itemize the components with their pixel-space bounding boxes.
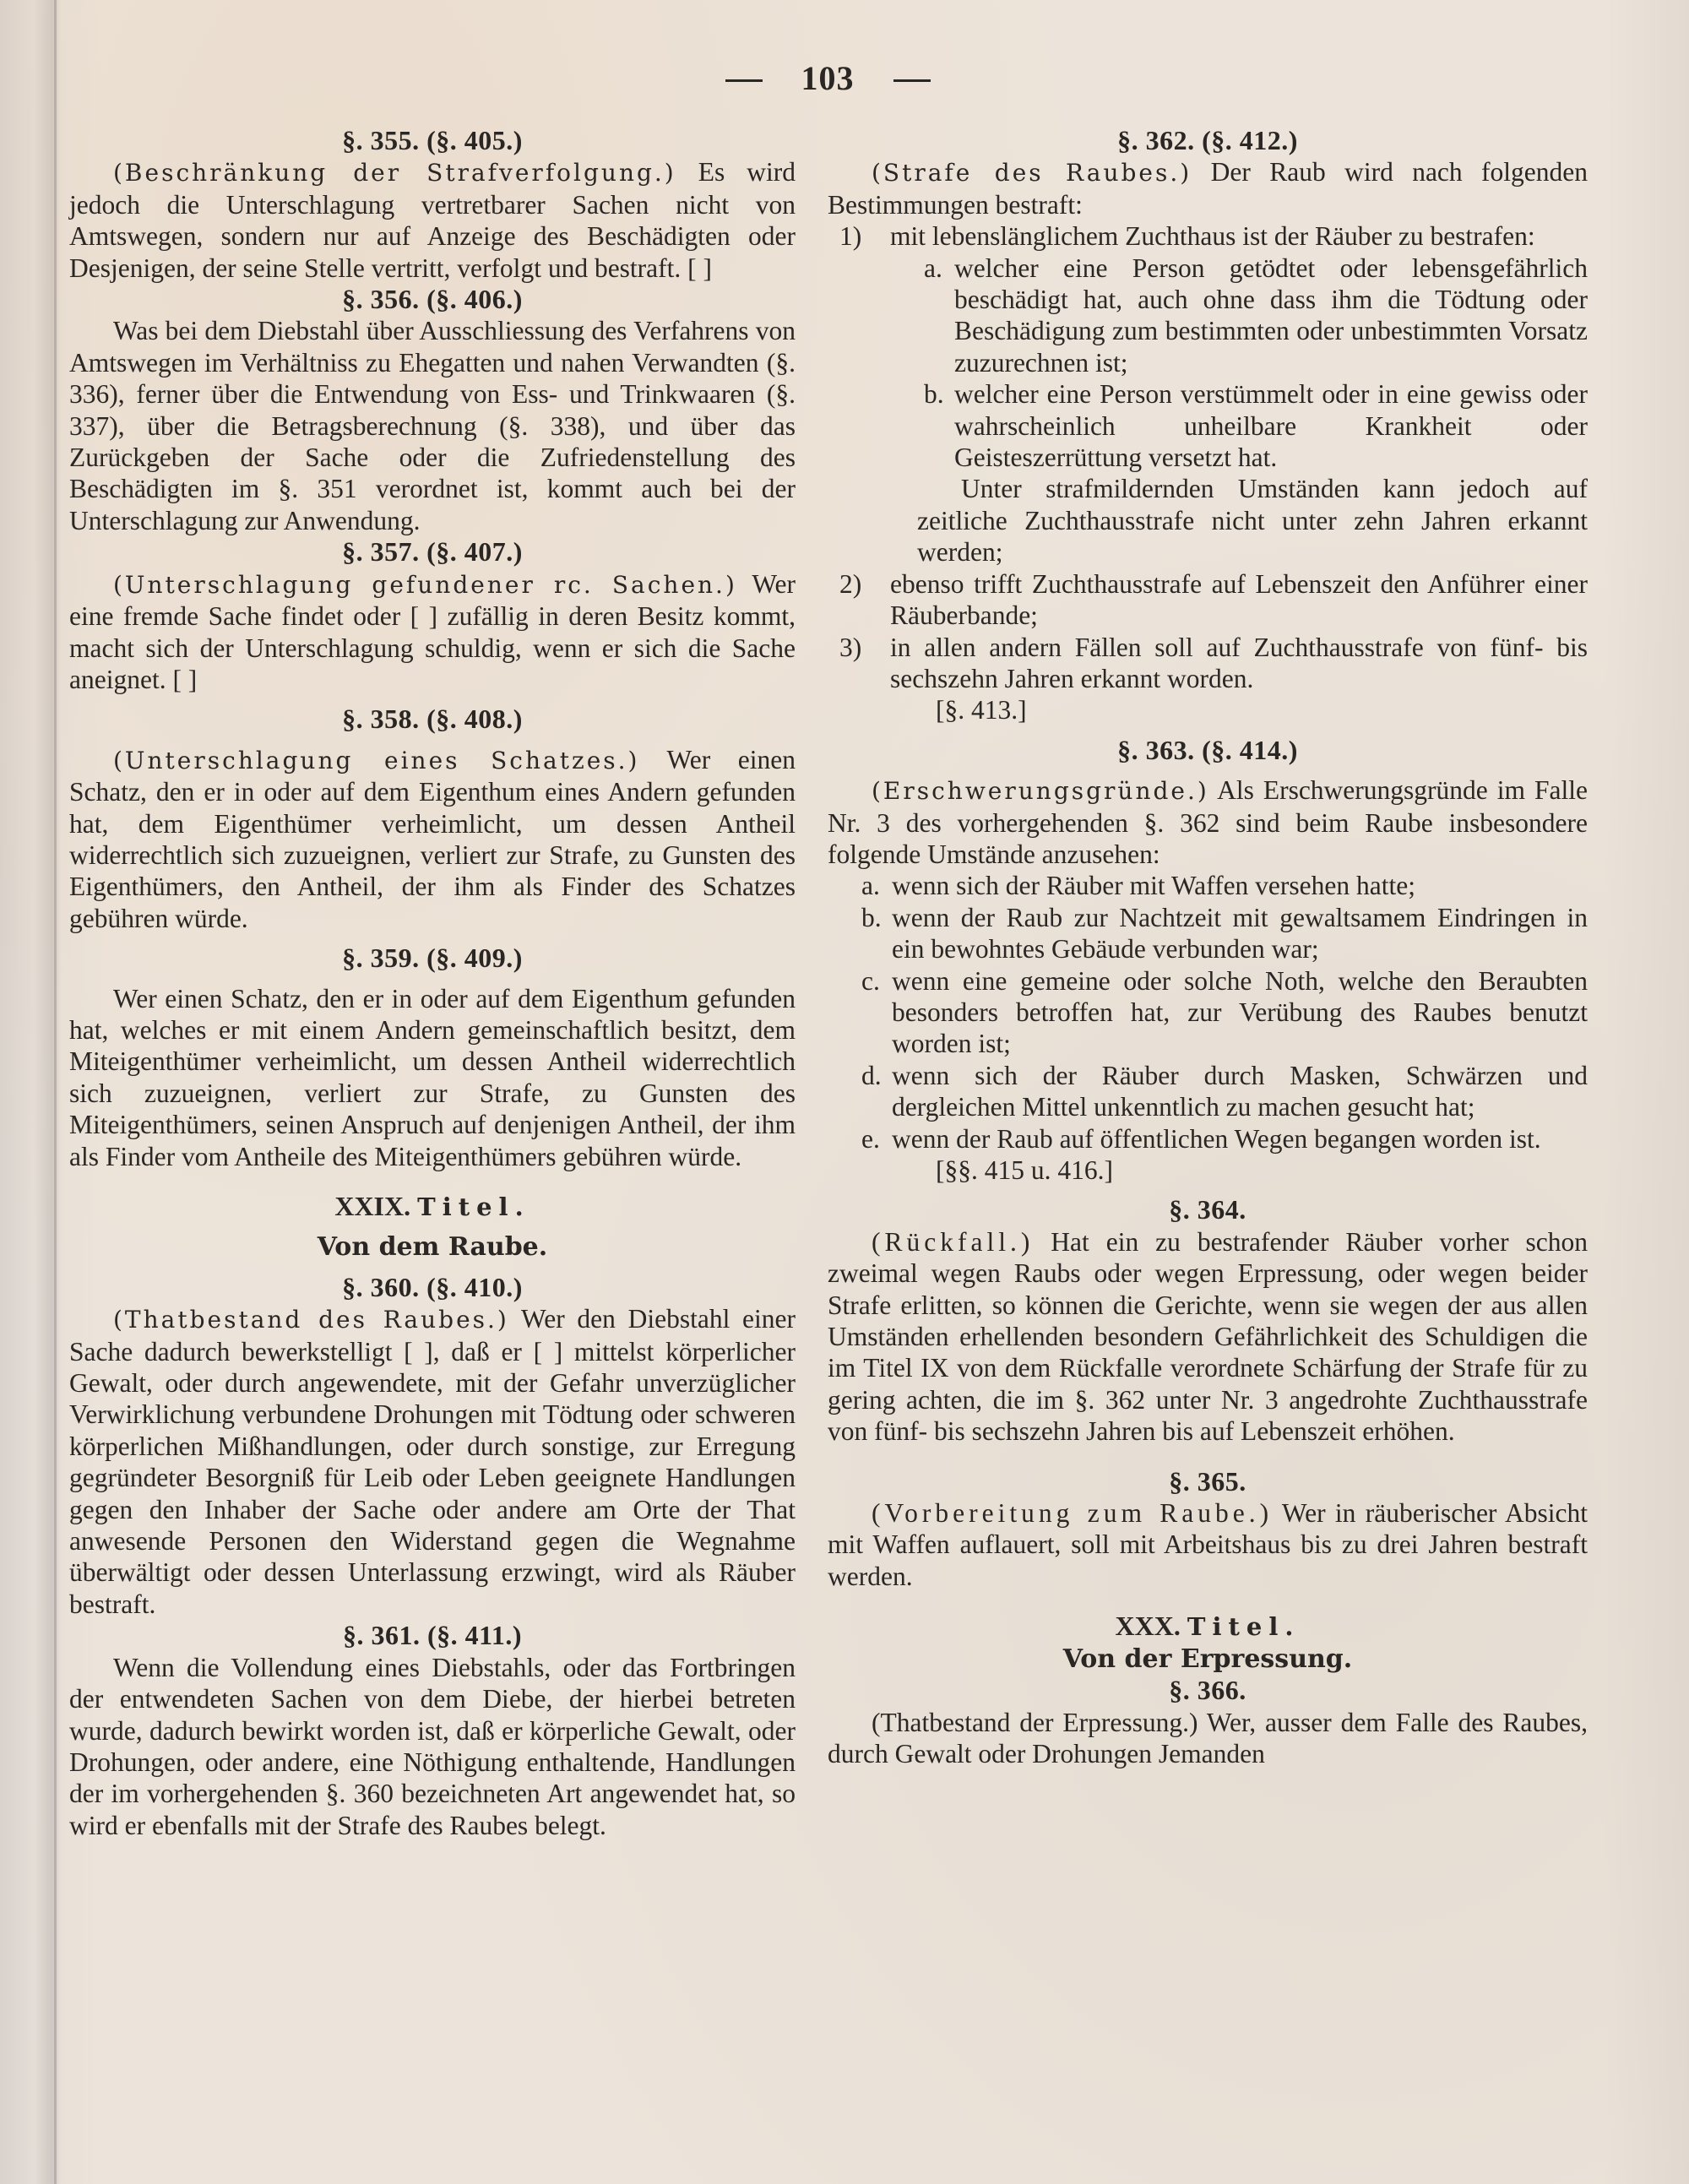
title-word: Titel. [1187, 1612, 1301, 1641]
section-357: §. 357. (§. 407.) (Unterschlagung gefund… [69, 536, 796, 695]
section-358: §. 358. (§. 408.) (Unterschlagung eines … [69, 704, 796, 934]
section-355: §. 355. (§. 405.) (Beschränkung der Stra… [69, 125, 796, 284]
sub-list-item: b. welcher eine Person verstümmelt oder … [828, 378, 1588, 473]
section-362: §. 362. (§. 412.) (Strafe des Raubes.) D… [828, 125, 1588, 726]
list-item-text: mit lebenslänglichem Zuchthaus ist der R… [890, 221, 1535, 251]
section-heading: §. 362. (§. 412.) [828, 125, 1588, 156]
section-body: (Thatbestand des Raubes.) Wer den Diebst… [69, 1303, 796, 1620]
sub-item-text: welcher eine Person verstümmelt oder in … [954, 379, 1588, 472]
page-binding-edge [54, 0, 57, 2184]
list-item-text: ebenso trifft Zuchthausstrafe auf Lebens… [890, 569, 1588, 630]
section-text: Wer einen Schatz, den er in oder auf dem… [69, 983, 796, 1172]
section-body: (Unterschlagung eines Schatzes.) Wer ein… [69, 744, 796, 934]
list-item-label: 3) [839, 632, 861, 663]
list-item: c. wenn eine gemeine oder solche Noth, w… [828, 965, 1588, 1060]
list-item: a. wenn sich der Räuber mit Waffen verse… [828, 870, 1588, 901]
section-heading: §. 356. (§. 406.) [69, 284, 796, 315]
section-rubric: (Thatbestand der Erpressung.) [872, 1708, 1198, 1737]
title-heading: XXX. Titel. [828, 1611, 1588, 1643]
section-heading: §. 363. (§. 414.) [828, 735, 1588, 766]
section-heading: §. 358. (§. 408.) [69, 704, 796, 735]
section-body: (Beschränkung der Strafverfolgung.) Es w… [69, 156, 796, 284]
header-dash-left [725, 79, 763, 82]
section-heading: §. 360. (§. 410.) [69, 1272, 796, 1303]
sub-item-text: welcher eine Person getödtet oder lebens… [954, 253, 1588, 378]
section-366: §. 366. (Thatbestand der Erpressung.) We… [828, 1675, 1588, 1769]
section-body: (Erschwerungsgründe.) Als Erschwerungsgr… [828, 774, 1588, 870]
title-29: XXIX. Titel. Von dem Raube. [69, 1191, 796, 1263]
section-heading: §. 366. [828, 1675, 1588, 1706]
list-item-label: a. [861, 870, 880, 901]
section-rubric: (Beschränkung der Strafverfolgung.) [113, 159, 676, 187]
list-item-text: in allen andern Fällen soll auf Zuchthau… [890, 633, 1588, 693]
section-rubric: (Unterschlagung gefundener rc. Sachen.) [113, 571, 737, 599]
section-text: Was bei dem Diebstahl über Ausschliessun… [69, 315, 796, 536]
list-item-text: wenn der Raub zur Nachtzeit mit gewaltsa… [892, 903, 1588, 964]
section-text: Wenn die Vollendung eines Diebstahls, od… [69, 1652, 796, 1841]
list-item-text: wenn der Raub auf öffentlichen Wegen beg… [892, 1124, 1541, 1154]
list-item-text: wenn eine gemeine oder solche Noth, welc… [892, 966, 1588, 1059]
list-item-label: c. [861, 965, 880, 997]
section-heading: §. 364. [828, 1194, 1588, 1225]
section-361: §. 361. (§. 411.) Wenn die Vollendung ei… [69, 1620, 796, 1841]
list-item-label: b. [861, 902, 882, 933]
mitigation-note: Unter strafmildernden Umständen kann jed… [828, 473, 1588, 568]
list-item: 2) ebenso trifft Zuchthausstrafe auf Leb… [828, 568, 1588, 632]
section-heading: §. 359. (§. 409.) [69, 943, 796, 974]
list-item: 1) mit lebenslänglichem Zuchthaus ist de… [828, 220, 1588, 252]
cross-reference: [§. 413.] [828, 694, 1588, 725]
right-column: §. 362. (§. 412.) (Strafe des Raubes.) D… [828, 125, 1588, 1769]
section-rubric: (Thatbestand des Raubes.) [113, 1306, 509, 1334]
list-item-text: wenn sich der Räuber durch Masken, Schwä… [892, 1061, 1588, 1122]
section-rubric: (Unterschlagung eines Schatzes.) [113, 747, 639, 774]
title-number: XXX. [1116, 1611, 1181, 1641]
section-heading: §. 357. (§. 407.) [69, 536, 796, 568]
section-359: §. 359. (§. 409.) Wer einen Schatz, den … [69, 943, 796, 1172]
left-column: §. 355. (§. 405.) (Beschränkung der Stra… [69, 125, 796, 1841]
section-body: (Strafe des Raubes.) Der Raub wird nach … [828, 156, 1588, 220]
section-364: §. 364. (Rückfall.) Hat ein zu bestrafen… [828, 1194, 1588, 1447]
title-subtitle: Von dem Raube. [69, 1231, 796, 1263]
section-rubric: (Strafe des Raubes.) [872, 159, 1192, 187]
sub-item-label: b. [924, 378, 944, 410]
title-word: Titel. [417, 1193, 530, 1221]
numbered-list: 1) mit lebenslänglichem Zuchthaus ist de… [828, 220, 1588, 694]
list-item-label: e. [861, 1123, 880, 1154]
section-heading: §. 361. (§. 411.) [69, 1620, 796, 1651]
section-365: §. 365. (Vorbereitung zum Raube.) Wer in… [828, 1466, 1588, 1593]
cross-reference: [§§. 415 u. 416.] [828, 1154, 1588, 1186]
section-rubric: (Rückfall.) [872, 1227, 1034, 1257]
section-heading: §. 365. [828, 1466, 1588, 1497]
section-356: §. 356. (§. 406.) Was bei dem Diebstahl … [69, 284, 796, 536]
title-number: XXIX. [334, 1191, 410, 1221]
page-header: 103 [659, 52, 997, 103]
title-heading: XXIX. Titel. [69, 1191, 796, 1223]
list-item: b. wenn der Raub zur Nachtzeit mit gewal… [828, 902, 1588, 965]
section-rubric: (Vorbereitung zum Raube.) [872, 1498, 1273, 1528]
list-item: e. wenn der Raub auf öffentlichen Wegen … [828, 1123, 1588, 1154]
section-body: (Vorbereitung zum Raube.) Wer in räuberi… [828, 1497, 1588, 1592]
section-363: §. 363. (§. 414.) (Erschwerungsgründe.) … [828, 735, 1588, 1187]
section-text: Wer den Diebstahl einer Sache dadurch be… [69, 1304, 796, 1619]
section-360: §. 360. (§. 410.) (Thatbestand des Raube… [69, 1272, 796, 1620]
sub-item-label: a. [924, 253, 942, 284]
section-rubric: (Erschwerungsgründe.) [872, 777, 1209, 805]
section-text: Hat ein zu bestrafender Räuber vorher sc… [828, 1227, 1588, 1446]
list-item-label: 1) [839, 220, 861, 252]
list-item: 3) in allen andern Fällen soll auf Zucht… [828, 632, 1588, 695]
header-dash-right [893, 79, 931, 82]
title-30: XXX. Titel. Von der Erpressung. [828, 1611, 1588, 1675]
list-item-label: d. [861, 1060, 882, 1091]
lettered-list: a. wenn sich der Räuber mit Waffen verse… [828, 870, 1588, 1154]
list-item: d. wenn sich der Räuber durch Masken, Sc… [828, 1060, 1588, 1123]
list-item-label: 2) [839, 568, 861, 600]
section-heading: §. 355. (§. 405.) [69, 125, 796, 156]
page-number: 103 [801, 58, 855, 98]
title-subtitle: Von der Erpressung. [828, 1643, 1588, 1675]
section-body: (Unterschlagung gefundener rc. Sachen.) … [69, 568, 796, 696]
section-body: (Thatbestand der Erpressung.) Wer, ausse… [828, 1707, 1588, 1770]
list-item-text: wenn sich der Räuber mit Waffen versehen… [892, 871, 1415, 900]
sub-list-item: a. welcher eine Person getödtet oder leb… [828, 253, 1588, 379]
section-body: (Rückfall.) Hat ein zu bestrafender Räub… [828, 1226, 1588, 1448]
